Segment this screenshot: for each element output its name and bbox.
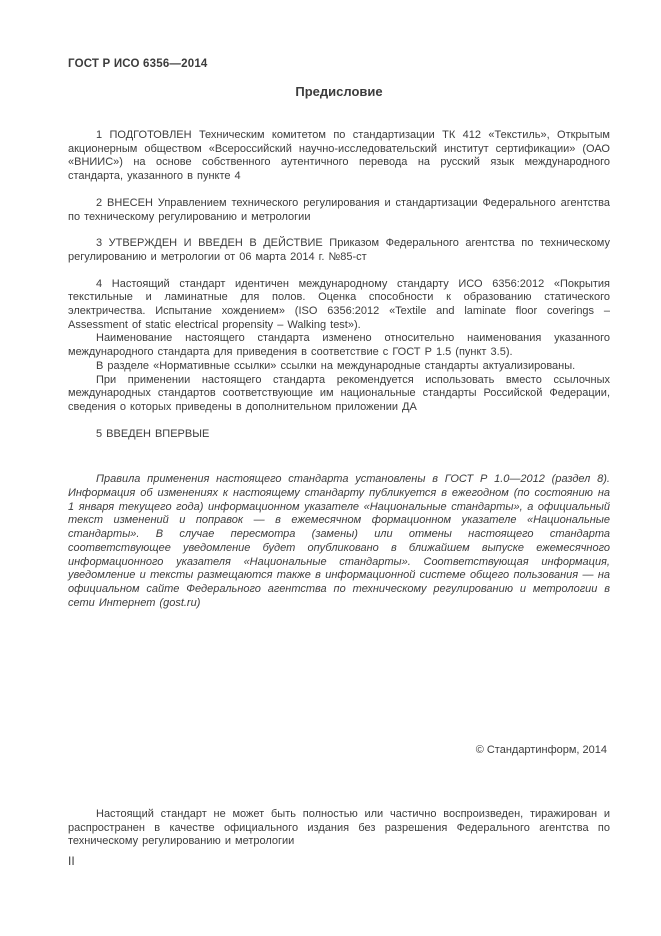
foreword-item-national-standards: При применении настоящего стандарта реко… — [68, 374, 610, 415]
foreword-item-first-introduced: 5 ВВЕДЕН ВПЕРВЫЕ — [68, 428, 610, 442]
copyright-line: © Стандартинформ, 2014 — [476, 744, 607, 756]
reproduction-restriction-note: Настоящий стандарт не может быть полност… — [68, 808, 610, 849]
application-rules-note: Правила применения настоящего стандарта … — [68, 473, 610, 610]
foreword-item-references-updated: В разделе «Нормативные ссылки» ссылки на… — [68, 360, 610, 374]
foreword-item-submitted: 2 ВНЕСЕН Управлением технического регули… — [68, 197, 610, 224]
foreword-item-identical-standard: 4 Настоящий стандарт идентичен междунаро… — [68, 278, 610, 333]
foreword-item-title-changed: Наименование настоящего стандарта измене… — [68, 332, 610, 359]
foreword-item-approved: 3 УТВЕРЖДЕН И ВВЕДЕН В ДЕЙСТВИЕ Приказом… — [68, 237, 610, 264]
document-page: ГОСТ Р ИСО 6356—2014 Предисловие 1 ПОДГО… — [0, 0, 661, 936]
standard-code: ГОСТ Р ИСО 6356—2014 — [68, 58, 610, 70]
foreword-item-prepared: 1 ПОДГОТОВЛЕН Техническим комитетом по с… — [68, 129, 610, 184]
page-title: Предисловие — [68, 84, 610, 99]
page-number: II — [68, 854, 75, 868]
